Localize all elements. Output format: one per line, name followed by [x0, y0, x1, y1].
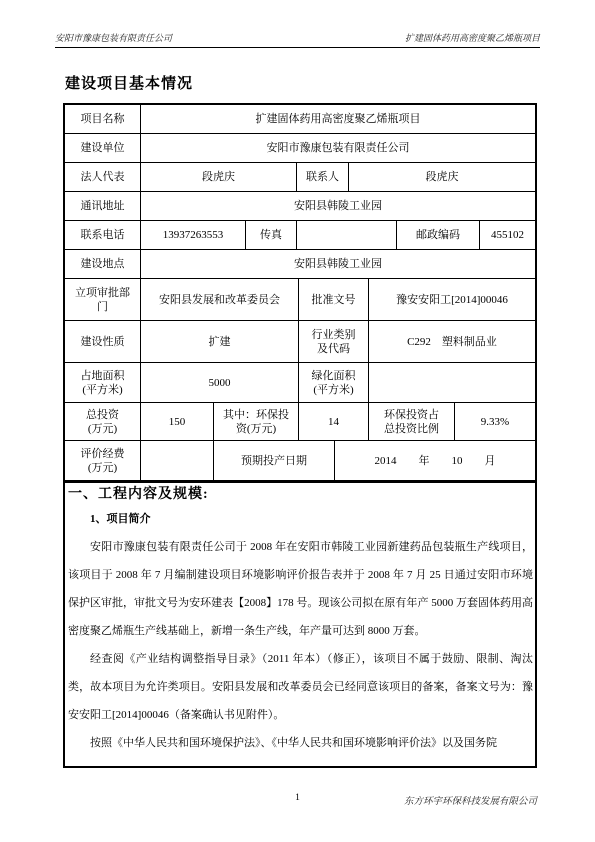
table-row-construction-unit: 建设单位 安阳市豫康包装有限责任公司 — [65, 134, 535, 163]
contact-person-value: 段虎庆 — [349, 163, 535, 192]
construction-site-value: 安阳县韩陵工业园 — [141, 250, 535, 279]
postal-code-value: 455102 — [480, 221, 535, 250]
footer-company-name: 东方环宇环保科技发展有限公司 — [404, 793, 537, 807]
industry-category-value: C292 塑料制品业 — [369, 321, 535, 363]
construction-site-label: 建设地点 — [65, 250, 141, 279]
legal-rep-value: 段虎庆 — [141, 163, 297, 192]
contact-person-label: 联系人 — [297, 163, 349, 192]
document-page: 安阳市豫康包装有限责任公司 扩建固体药用高密度聚乙烯瓶项目 建设项目基本情况 项… — [0, 0, 595, 842]
land-area-value: 5000 — [141, 363, 299, 403]
table-row-eval-date: 评价经费 (万元) 预期投产日期 2014 年 10 月 — [65, 441, 535, 481]
env-investment-value: 14 — [299, 403, 369, 441]
paragraph-project-intro: 安阳市豫康包装有限责任公司于 2008 年在安阳市韩陵工业园新建药品包装瓶生产线… — [68, 533, 533, 645]
industry-category-label: 行业类别 及代码 — [299, 321, 369, 363]
approval-number-value: 豫安安阳工[2014]00046 — [369, 279, 535, 321]
mailing-address-value: 安阳县韩陵工业园 — [141, 192, 535, 221]
project-name-value: 扩建固体药用高密度聚乙烯瓶项目 — [141, 105, 535, 134]
fax-label: 传真 — [246, 221, 297, 250]
construction-unit-value: 安阳市豫康包装有限责任公司 — [141, 134, 535, 163]
table-row-area: 占地面积 (平方米) 5000 绿化面积 (平方米) — [65, 363, 535, 403]
production-date-label: 预期投产日期 — [214, 441, 335, 481]
mailing-address-label: 通讯地址 — [65, 192, 141, 221]
table-row-project-name: 项目名称 扩建固体药用高密度聚乙烯瓶项目 — [65, 105, 535, 134]
paragraph-policy-review: 经查阅《产业结构调整指导目录》（2011 年本）（修正），该项目不属于鼓励、限制… — [68, 645, 533, 729]
eval-cost-value — [141, 441, 214, 481]
section-title: 一、工程内容及规模: — [68, 484, 533, 505]
approval-number-label: 批准文号 — [299, 279, 369, 321]
table-row-mailing-address: 通讯地址 安阳县韩陵工业园 — [65, 192, 535, 221]
eval-cost-label: 评价经费 (万元) — [65, 441, 141, 481]
construction-nature-value: 扩建 — [141, 321, 299, 363]
total-investment-label: 总投资 (万元) — [65, 403, 141, 441]
running-header: 安阳市豫康包装有限责任公司 扩建固体药用高密度聚乙烯瓶项目 — [55, 27, 540, 48]
table-row-construction-site: 建设地点 安阳县韩陵工业园 — [65, 250, 535, 279]
env-investment-label: 其中：环保投 资(万元) — [214, 403, 299, 441]
green-area-value — [369, 363, 535, 403]
table-row-legal-rep: 法人代表 段虎庆 联系人 段虎庆 — [65, 163, 535, 192]
total-investment-value: 150 — [141, 403, 214, 441]
header-company-name: 安阳市豫康包装有限责任公司 — [55, 31, 172, 44]
env-ratio-label: 环保投资占 总投资比例 — [369, 403, 455, 441]
section-subtitle: 1、项目简介 — [68, 505, 533, 533]
project-name-label: 项目名称 — [65, 105, 141, 134]
table-row-nature-industry: 建设性质 扩建 行业类别 及代码 C292 塑料制品业 — [65, 321, 535, 363]
approval-dept-value: 安阳县发展和改革委员会 — [141, 279, 299, 321]
table-row-phone: 联系电话 13937263553 传真 邮政编码 455102 — [65, 221, 535, 250]
running-footer: 1 东方环宇环保科技发展有限公司 — [0, 793, 595, 809]
land-area-label: 占地面积 (平方米) — [65, 363, 141, 403]
construction-unit-label: 建设单位 — [65, 134, 141, 163]
phone-value: 13937263553 — [141, 221, 246, 250]
construction-nature-label: 建设性质 — [65, 321, 141, 363]
production-date-value: 2014 年 10 月 — [335, 441, 535, 481]
page-title: 建设项目基本情况 — [65, 72, 193, 93]
project-info-table: 项目名称 扩建固体药用高密度聚乙烯瓶项目 建设单位 安阳市豫康包装有限责任公司 … — [63, 103, 537, 481]
table-row-investment: 总投资 (万元) 150 其中：环保投 资(万元) 14 环保投资占 总投资比例… — [65, 403, 535, 441]
table-row-approval: 立项审批部 门 安阳县发展和改革委员会 批准文号 豫安安阳工[2014]0004… — [65, 279, 535, 321]
postal-code-label: 邮政编码 — [397, 221, 480, 250]
approval-dept-label: 立项审批部 门 — [65, 279, 141, 321]
fax-value — [297, 221, 397, 250]
header-project-name: 扩建固体药用高密度聚乙烯瓶项目 — [405, 31, 540, 44]
phone-label: 联系电话 — [65, 221, 141, 250]
section-project-content: 一、工程内容及规模: 1、项目简介 安阳市豫康包装有限责任公司于 2008 年在… — [63, 481, 537, 768]
green-area-label: 绿化面积 (平方米) — [299, 363, 369, 403]
env-ratio-value: 9.33% — [455, 403, 535, 441]
legal-rep-label: 法人代表 — [65, 163, 141, 192]
paragraph-legal-basis: 按照《中华人民共和国环境保护法》、《中华人民共和国环境影响评价法》以及国务院 — [68, 729, 533, 757]
